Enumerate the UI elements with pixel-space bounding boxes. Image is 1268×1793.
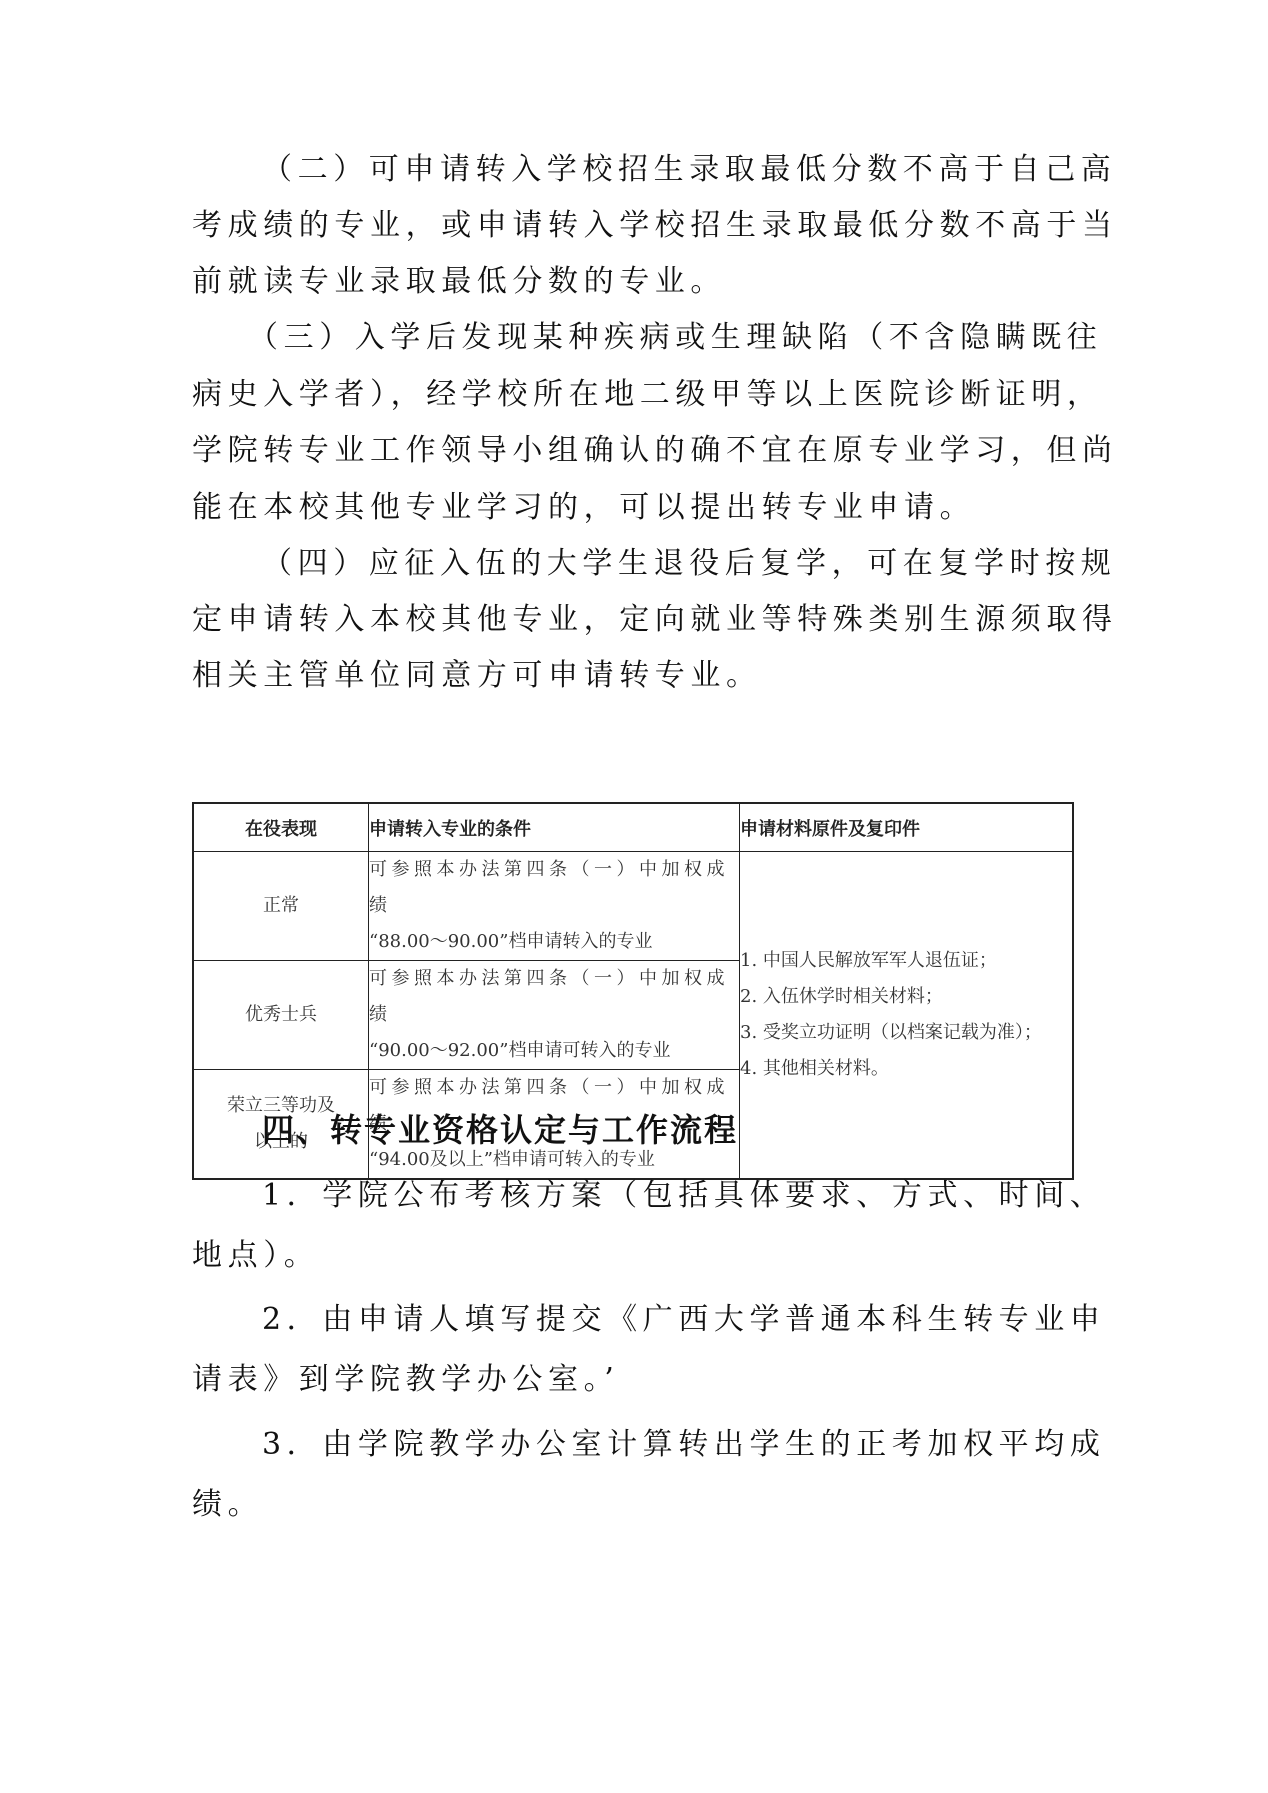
condition-text-line-2: “90.00～92.00”档申请可转入的专业 [369,1033,739,1069]
performance-text: 正常 [194,888,368,924]
material-item: 4. 其他相关材料。 [740,1051,1072,1087]
condition-cell: 可参照本办法第四条（一）中加权成绩 “90.00～92.00”档申请可转入的专业 [369,961,740,1070]
paragraph-3-line-4: 能在本校其他专业学习的，可以提出转专业申请。 [192,488,1082,528]
paragraph-3-line-3: 学院转专业工作领导小组确认的确不宜在原专业学习，但尚 [192,431,1082,471]
step-1-line-2: 地点）。 [192,1236,1082,1276]
table-header-row: 在役表现 申请转入专业的条件 申请材料原件及复印件 [193,803,1073,852]
step-3-line-2: 绩。 [192,1485,1082,1525]
paragraph-3-line-2: 病史入学者），经学校所在地二级甲等以上医院诊断证明， [192,375,1082,415]
condition-text-line-1: 可参照本办法第四条（一）中加权成绩 [369,852,739,924]
paragraph-4-line-1: （四）应征入伍的大学生退役后复学，可在复学时按规 [262,544,1152,584]
paragraph-3-line-1: （三）入学后发现某种疾病或生理缺陷（不含隐瞒既往 [248,318,1138,358]
table-header-condition: 申请转入专业的条件 [369,803,740,852]
performance-cell: 正常 [193,852,369,961]
condition-cell: 可参照本办法第四条（一）中加权成绩 “88.00～90.00”档申请转入的专业 [369,852,740,961]
material-item: 1. 中国人民解放军军人退伍证； [740,943,1072,979]
condition-text-line-2: “88.00～90.00”档申请转入的专业 [369,924,739,960]
step-2-line-2: 请表》到学院教学办公室。’ [192,1360,1082,1400]
step-1-line-1: 1．学院公布考核方案（包括具体要求、方式、时间、 [262,1176,1152,1216]
performance-cell: 优秀士兵 [193,961,369,1070]
material-item: 3. 受奖立功证明（以档案记载为准）； [740,1015,1072,1051]
material-item: 2. 入伍休学时相关材料； [740,979,1072,1015]
paragraph-4-line-3: 相关主管单位同意方可申请转专业。 [192,656,1082,696]
paragraph-2-line-3: 前就读专业录取最低分数的专业。 [192,262,1082,302]
paragraph-4-line-2: 定申请转入本校其他专业，定向就业等特殊类别生源须取得 [192,600,1082,640]
performance-text: 优秀士兵 [194,997,368,1033]
step-2-line-1: 2．由申请人填写提交《广西大学普通本科生转专业申 [262,1300,1152,1340]
table-row: 正常 可参照本办法第四条（一）中加权成绩 “88.00～90.00”档申请转入的… [193,852,1073,961]
condition-text-line-1: 可参照本办法第四条（一）中加权成绩 [369,961,739,1033]
paragraph-2-line-2: 考成绩的专业，或申请转入学校招生录取最低分数不高于当 [192,206,1082,246]
table-header-performance: 在役表现 [193,803,369,852]
section-heading: 四、转专业资格认定与工作流程 [262,1110,1152,1150]
step-3-line-1: 3．由学院教学办公室计算转出学生的正考加权平均成 [262,1425,1152,1465]
table-header-materials: 申请材料原件及复印件 [740,803,1074,852]
paragraph-2-line-1: （二）可申请转入学校招生录取最低分数不高于自己高 [262,150,1152,190]
